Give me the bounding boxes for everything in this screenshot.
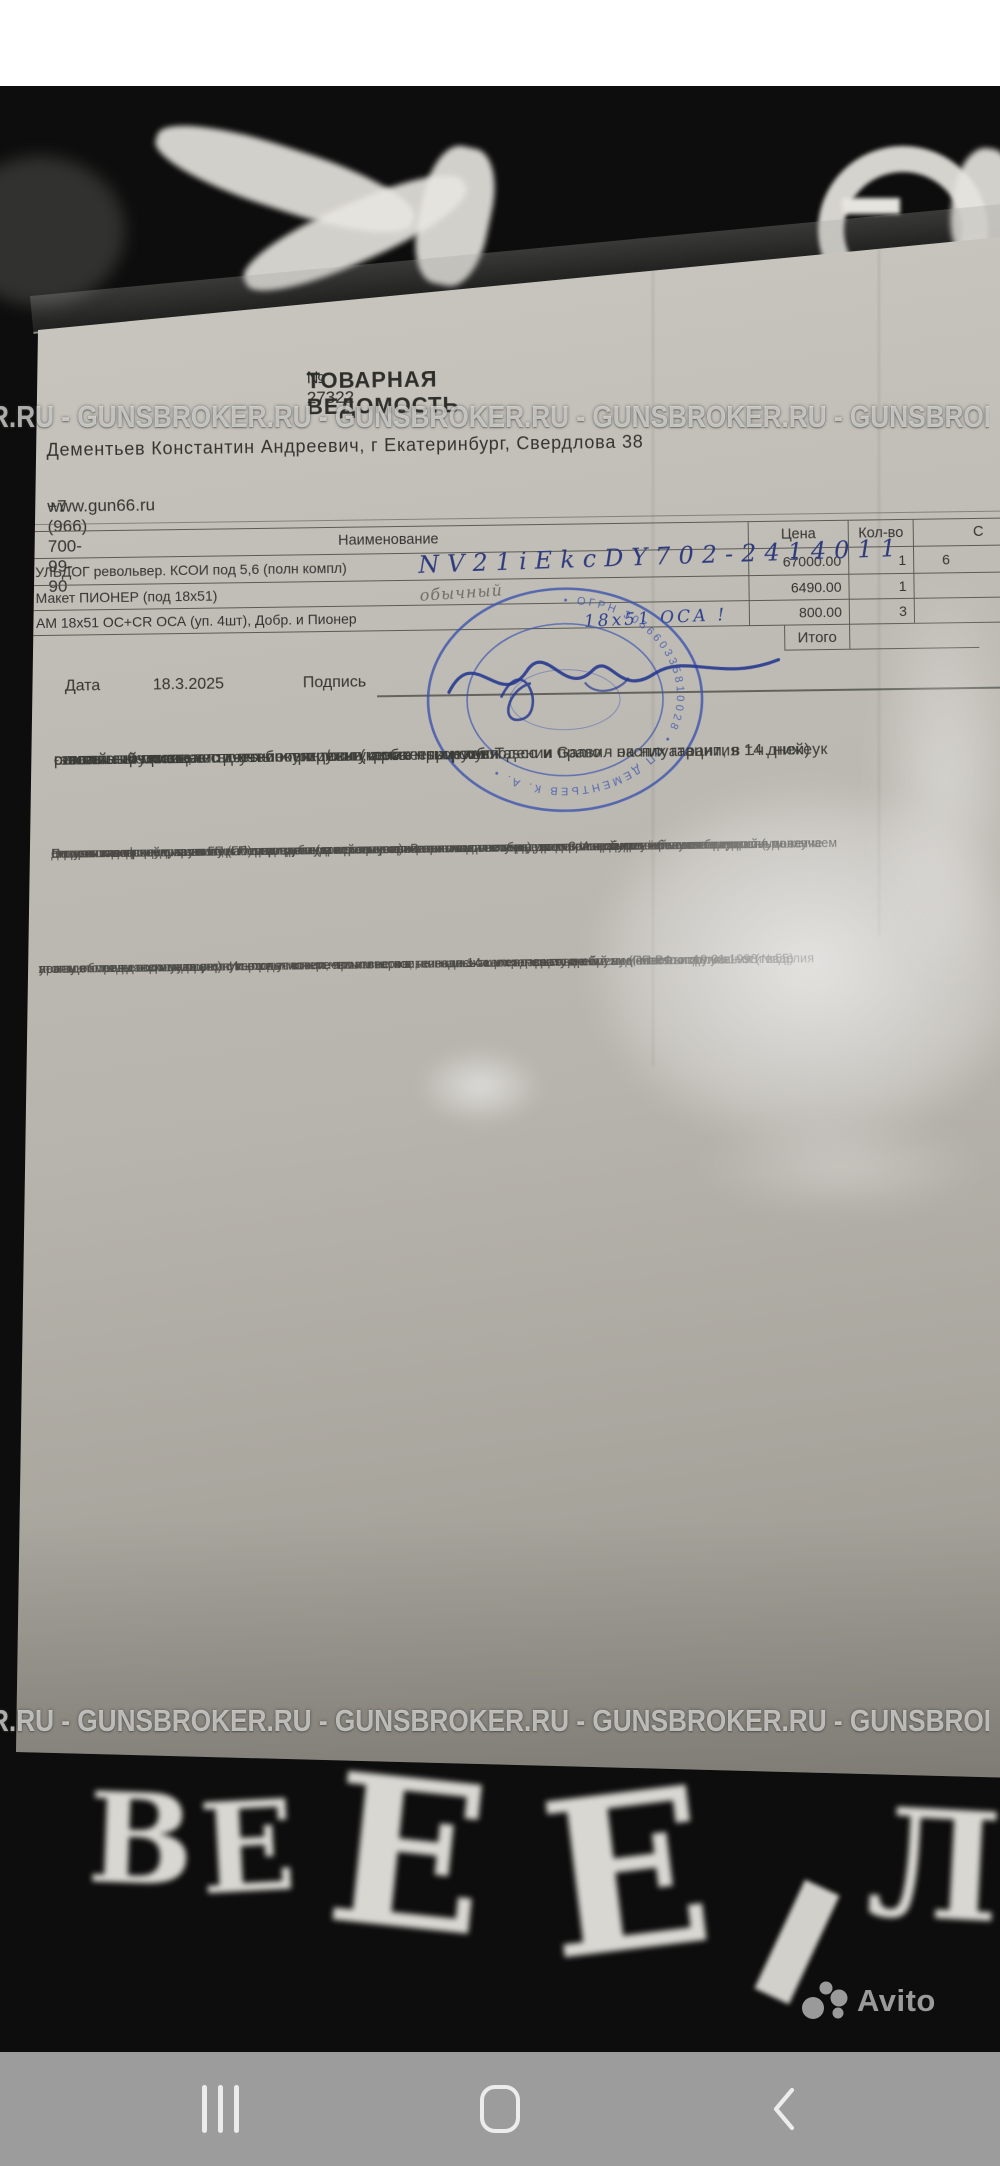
website-url: www.gun66.ru	[47, 495, 155, 517]
android-navbar	[0, 2052, 1000, 2166]
signature-label: Подпись	[303, 673, 367, 692]
home-icon	[480, 2085, 520, 2133]
fabric-letter: Е	[320, 1746, 497, 1966]
watermark-gunsbroker-top: R.RU - GUNSBROKER.RU - GUNSBROKER.RU - G…	[0, 400, 989, 435]
nav-home-button[interactable]	[440, 2052, 560, 2166]
fine-print-line: дгорать и деформироваться, что приведет …	[51, 835, 837, 862]
recents-icon	[202, 2085, 239, 2133]
col-header-sum: С	[913, 518, 1000, 546]
listing-photo[interactable]: B E Е Е Л ТОВАРНАЯ ВЕДОМОСТЬ № 27322 Дем…	[0, 86, 1000, 2052]
fabric-letter: Л	[864, 1788, 1000, 1945]
watermark-gunsbroker-bottom: R.RU - GUNSBROKER.RU - GUNSBROKER.RU - G…	[0, 1704, 989, 1739]
item-sum	[914, 597, 1000, 623]
fabric-letter: B	[86, 1776, 196, 1905]
avito-logo-icon	[800, 1980, 848, 2022]
nav-recents-button[interactable]	[160, 2052, 280, 2166]
fabric-letter: E	[197, 1784, 299, 1914]
document-paper: ТОВАРНАЯ ВЕДОМОСТЬ № 27322 Дементьев Кон…	[0, 86, 1000, 2052]
date-label: Дата	[65, 677, 101, 695]
item-qty: 3	[849, 599, 914, 624]
table-total-row: Итого	[784, 623, 979, 651]
date-value: 18.3.2025	[153, 675, 273, 695]
back-icon	[771, 2085, 797, 2133]
screenshot-root: B E Е Е Л ТОВАРНАЯ ВЕДОМОСТЬ № 27322 Дем…	[0, 0, 1000, 2166]
avito-watermark: Avito	[800, 1980, 936, 2022]
nav-back-button[interactable]	[724, 2052, 844, 2166]
fine-print-line: носятся к гражданскому оружию и входят в…	[39, 951, 794, 978]
paper-shadow	[0, 1516, 1000, 1786]
item-qty: 1	[848, 574, 913, 599]
fabric-letter-e-bar	[842, 198, 900, 214]
fabric-letter: Е	[533, 1757, 722, 1990]
total-sum	[849, 623, 979, 649]
avito-logo-text: Avito	[857, 1983, 936, 2019]
signature-scrawl	[434, 609, 806, 744]
item-sum	[913, 572, 1000, 598]
seller-name-address: Дементьев Константин Андреевич, г Екатер…	[46, 432, 643, 461]
item-sum: 6	[913, 545, 1000, 573]
item-price: 6490.00	[748, 575, 848, 600]
fabric-fold-shadow	[0, 156, 125, 306]
status-bar	[0, 0, 1000, 86]
